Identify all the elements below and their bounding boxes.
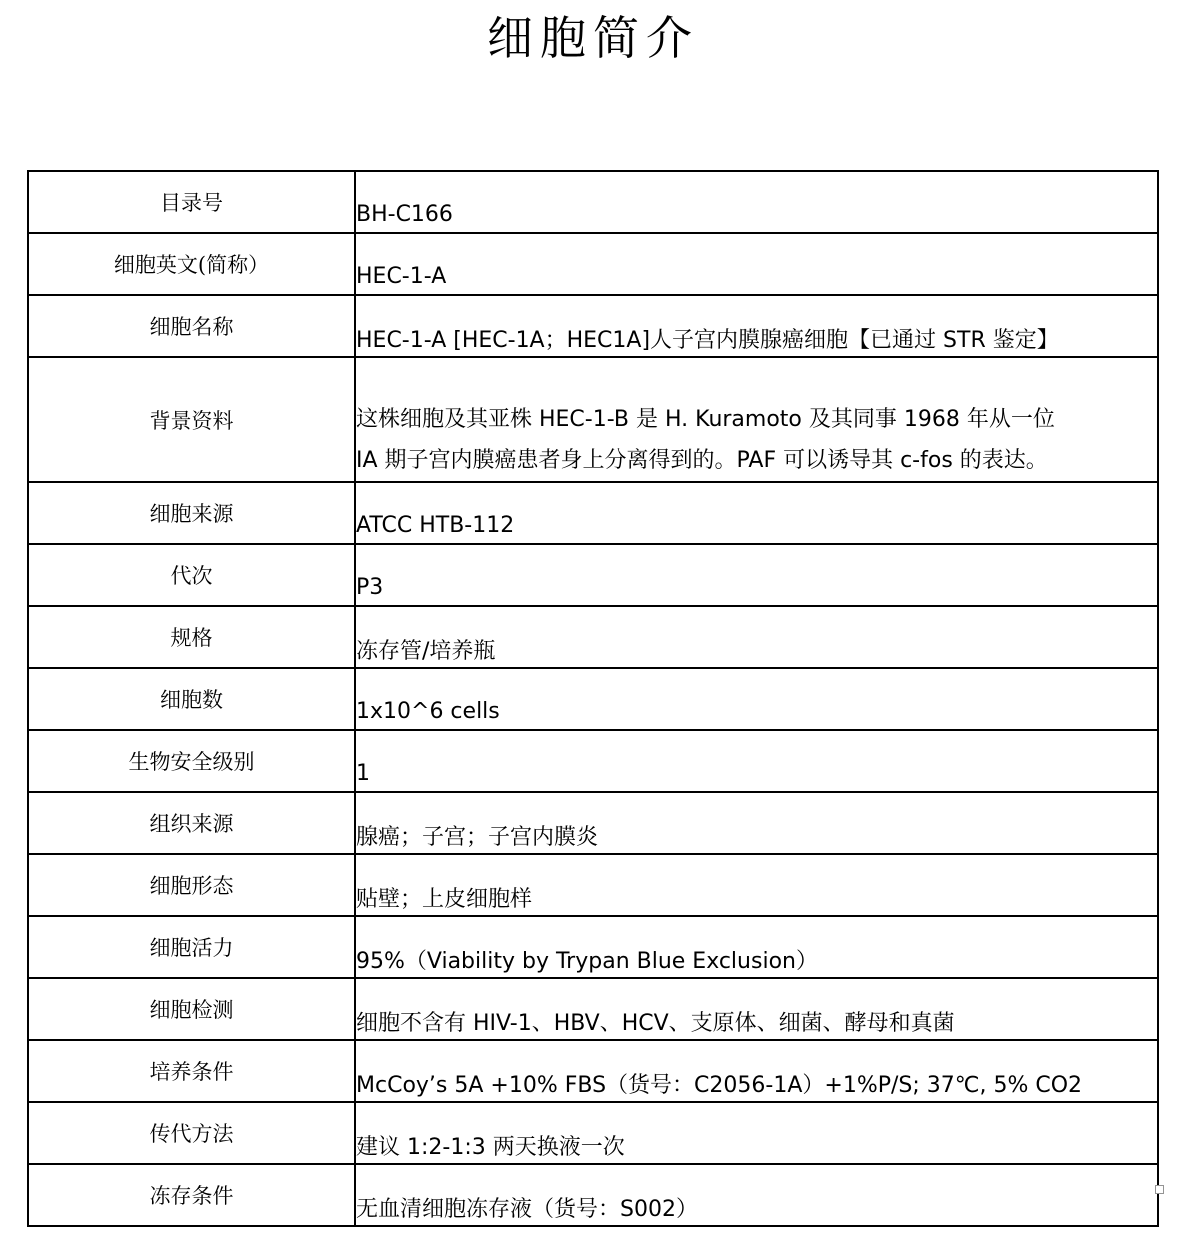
row-label-text: 冻存条件 xyxy=(150,1184,234,1208)
table-row: 细胞形态 贴壁；上皮细胞样 xyxy=(28,854,1158,916)
row-value-cell: HEC-1-A [HEC-1A；HEC1A]人子宫内膜腺癌细胞【已通过 STR … xyxy=(355,295,1158,357)
row-label-text: 目录号 xyxy=(160,191,223,215)
cell-info-table-body: 目录号 BH-C166 细胞英文(简称） HEC-1-A 细胞名称 HEC-1-… xyxy=(28,171,1158,1226)
row-label-cell: 细胞检测 xyxy=(28,978,355,1040)
row-label-cell: 生物安全级别 xyxy=(28,730,355,792)
row-label-text: 细胞来源 xyxy=(150,502,234,526)
row-label-cell: 细胞来源 xyxy=(28,482,355,544)
row-value-cell: 1x10^6 cells xyxy=(355,668,1158,730)
page-title: 细胞简介 xyxy=(0,0,1186,66)
row-label-text: 细胞英文(简称） xyxy=(114,253,269,277)
row-value-text: 细胞不含有 HIV-1、HBV、HCV、支原体、细菌、酵母和真菌 xyxy=(356,1011,955,1036)
row-label-text: 背景资料 xyxy=(150,409,234,433)
row-value-text: ATCC HTB-112 xyxy=(356,513,514,538)
row-value-text: 95%（Viability by Trypan Blue Exclusion） xyxy=(356,949,818,974)
row-value-cell: 冻存管/培养瓶 xyxy=(355,606,1158,668)
row-label-cell: 传代方法 xyxy=(28,1102,355,1164)
row-value-cell: 贴壁；上皮细胞样 xyxy=(355,854,1158,916)
row-label-cell: 冻存条件 xyxy=(28,1164,355,1226)
row-value-text: 冻存管/培养瓶 xyxy=(356,639,495,664)
row-label-text: 细胞检测 xyxy=(150,998,234,1022)
table-row: 细胞数 1x10^6 cells xyxy=(28,668,1158,730)
row-label-text: 细胞名称 xyxy=(150,315,234,339)
table-row: 细胞检测 细胞不含有 HIV-1、HBV、HCV、支原体、细菌、酵母和真菌 xyxy=(28,978,1158,1040)
row-label-cell: 细胞活力 xyxy=(28,916,355,978)
row-label-text: 生物安全级别 xyxy=(129,750,255,774)
row-value-cell: ATCC HTB-112 xyxy=(355,482,1158,544)
row-value-cell: P3 xyxy=(355,544,1158,606)
row-label-text: 传代方法 xyxy=(150,1122,234,1146)
table-row: 组织来源 腺癌；子宫；子宫内膜炎 xyxy=(28,792,1158,854)
row-value-text: 这株细胞及其亚株 HEC-1-B 是 H. Kuramoto 及其同事 1968… xyxy=(356,407,1055,473)
row-label-cell: 代次 xyxy=(28,544,355,606)
row-value-text: 1 xyxy=(356,761,370,786)
row-label-text: 细胞活力 xyxy=(150,936,234,960)
table-row: 传代方法 建议 1:2-1:3 两天换液一次 xyxy=(28,1102,1158,1164)
row-label-text: 组织来源 xyxy=(150,812,234,836)
row-value-text: HEC-1-A [HEC-1A；HEC1A]人子宫内膜腺癌细胞【已通过 STR … xyxy=(356,328,1059,353)
table-row: 背景资料 这株细胞及其亚株 HEC-1-B 是 H. Kuramoto 及其同事… xyxy=(28,357,1158,482)
row-value-text: 贴壁；上皮细胞样 xyxy=(356,887,532,912)
row-value-text: 腺癌；子宫；子宫内膜炎 xyxy=(356,825,598,850)
row-value-text: BH-C166 xyxy=(356,202,453,227)
row-value-cell: 1 xyxy=(355,730,1158,792)
row-label-text: 细胞形态 xyxy=(150,874,234,898)
row-value-cell: HEC-1-A xyxy=(355,233,1158,295)
row-label-text: 代次 xyxy=(171,564,213,588)
row-label-cell: 培养条件 xyxy=(28,1040,355,1102)
row-label-cell: 规格 xyxy=(28,606,355,668)
table-row: 细胞名称 HEC-1-A [HEC-1A；HEC1A]人子宫内膜腺癌细胞【已通过… xyxy=(28,295,1158,357)
row-value-text: 无血清细胞冻存液（货号：S002） xyxy=(356,1197,698,1222)
row-value-cell: 这株细胞及其亚株 HEC-1-B 是 H. Kuramoto 及其同事 1968… xyxy=(355,357,1158,482)
row-label-cell: 细胞英文(简称） xyxy=(28,233,355,295)
table-row: 细胞来源 ATCC HTB-112 xyxy=(28,482,1158,544)
table-row: 目录号 BH-C166 xyxy=(28,171,1158,233)
row-value-cell: 95%（Viability by Trypan Blue Exclusion） xyxy=(355,916,1158,978)
row-label-cell: 细胞形态 xyxy=(28,854,355,916)
row-value-text: 1x10^6 cells xyxy=(356,699,500,724)
row-value-cell: 无血清细胞冻存液（货号：S002） xyxy=(355,1164,1158,1226)
row-label-cell: 细胞数 xyxy=(28,668,355,730)
table-row: 代次 P3 xyxy=(28,544,1158,606)
row-label-text: 培养条件 xyxy=(150,1060,234,1084)
table-row: 细胞活力 95%（Viability by Trypan Blue Exclus… xyxy=(28,916,1158,978)
table-row: 冻存条件 无血清细胞冻存液（货号：S002） xyxy=(28,1164,1158,1226)
row-label-cell: 组织来源 xyxy=(28,792,355,854)
row-value-text: McCoy’s 5A +10% FBS（货号：C2056-1A）+1%P/S; … xyxy=(356,1073,1082,1098)
row-label-cell: 背景资料 xyxy=(28,357,355,482)
row-value-cell: 建议 1:2-1:3 两天换液一次 xyxy=(355,1102,1158,1164)
row-value-cell: McCoy’s 5A +10% FBS（货号：C2056-1A）+1%P/S; … xyxy=(355,1040,1158,1102)
table-row: 生物安全级别 1 xyxy=(28,730,1158,792)
cell-info-table: 目录号 BH-C166 细胞英文(简称） HEC-1-A 细胞名称 HEC-1-… xyxy=(27,170,1159,1227)
row-value-cell: 腺癌；子宫；子宫内膜炎 xyxy=(355,792,1158,854)
row-value-cell: BH-C166 xyxy=(355,171,1158,233)
row-label-text: 规格 xyxy=(171,626,213,650)
row-label-cell: 细胞名称 xyxy=(28,295,355,357)
row-label-text: 细胞数 xyxy=(160,688,223,712)
table-row: 培养条件 McCoy’s 5A +10% FBS（货号：C2056-1A）+1%… xyxy=(28,1040,1158,1102)
table-row: 细胞英文(简称） HEC-1-A xyxy=(28,233,1158,295)
row-label-cell: 目录号 xyxy=(28,171,355,233)
row-value-text: 建议 1:2-1:3 两天换液一次 xyxy=(356,1135,625,1160)
table-resize-handle[interactable] xyxy=(1155,1185,1164,1194)
row-value-cell: 细胞不含有 HIV-1、HBV、HCV、支原体、细菌、酵母和真菌 xyxy=(355,978,1158,1040)
row-value-text: HEC-1-A xyxy=(356,264,446,289)
row-value-text: P3 xyxy=(356,575,383,600)
table-row: 规格 冻存管/培养瓶 xyxy=(28,606,1158,668)
